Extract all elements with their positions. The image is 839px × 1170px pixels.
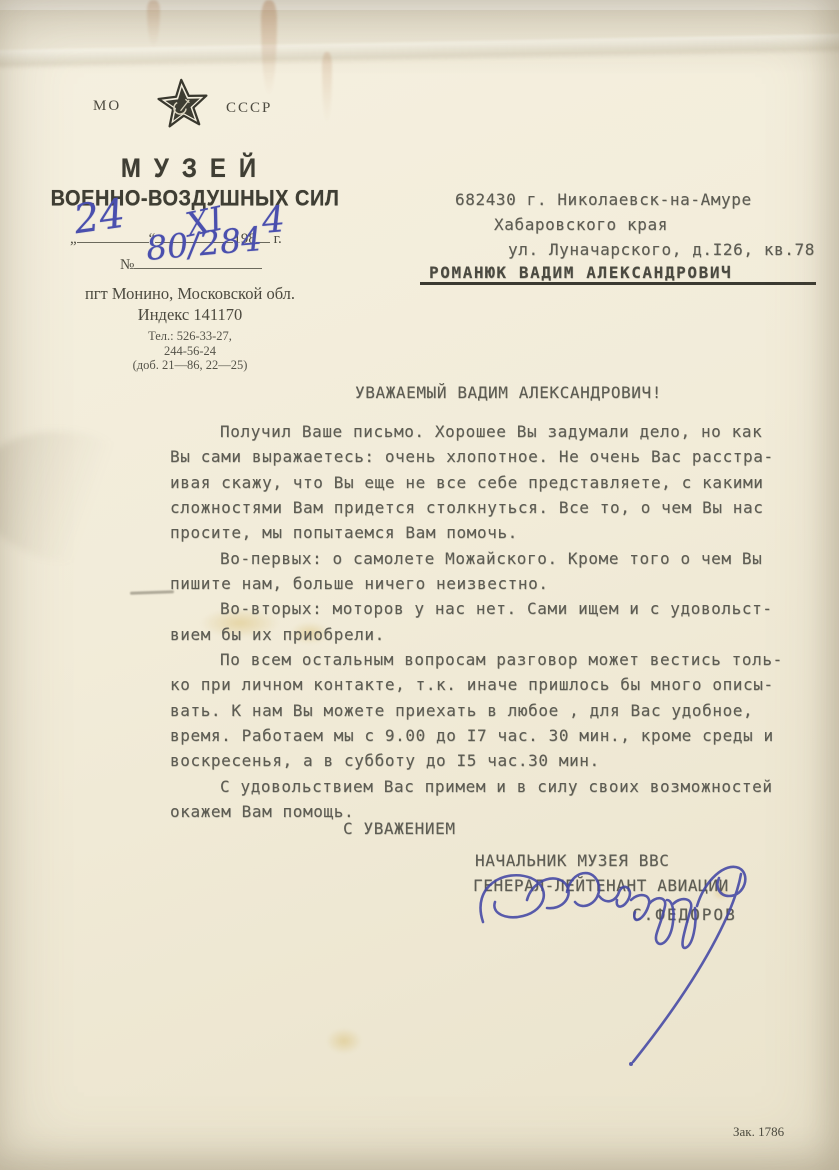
letterhead-phone-line1: Тел.: 526-33-27, (35, 329, 345, 344)
yellow-stain (326, 1028, 362, 1054)
body-line: вием бы их приобрели. (170, 622, 820, 647)
cccp-label: СССР (226, 100, 272, 117)
body-line: Получил Ваше письмо. Хорошее Вы задумали… (170, 419, 820, 444)
recipient-address-line1: 682430 г. Николаевск-на-Амуре (455, 190, 752, 209)
letterhead-phone-line3: (доб. 21—86, 22—25) (35, 358, 345, 373)
letterhead-address-line1: пгт Монино, Московской обл. (35, 284, 345, 304)
recipient-underline (420, 282, 816, 285)
handwritten-year-digit: 4 (260, 199, 286, 242)
recipient-name: РОМАНЮК ВАДИМ АЛЕКСАНДРОВИЧ (429, 263, 732, 282)
mo-label: МО (93, 98, 121, 115)
scanned-letter-page: МО СССР МУЗЕЙ ВОЕННО-ВОЗДУШНЫХ СИЛ „“198… (0, 0, 839, 1170)
body-line: По всем остальным вопросам разговор може… (170, 647, 820, 672)
handwritten-day: 24 (71, 191, 128, 244)
body-line: Вы сами выражаетесь: очень хлопотное. Не… (170, 444, 820, 469)
body-line: окажем Вам помощь. (170, 799, 820, 824)
body-line: вать. К нам Вы можете приехать в любое ,… (170, 698, 820, 723)
print-order-code: Зак. 1786 (733, 1124, 784, 1140)
closing: С УВАЖЕНИЕМ (343, 819, 456, 838)
org-name-line1: МУЗЕЙ (40, 153, 350, 184)
recipient-address-line2: Хабаровского края (494, 215, 668, 234)
letterhead-phone-line2: 244-56-24 (35, 344, 345, 359)
body-line: Во-первых: о самолете Можайского. Кроме … (170, 546, 820, 571)
star-emblem-icon (153, 74, 213, 136)
body-line: воскресенья, а в субботу до I5 час.30 ми… (170, 748, 820, 773)
body-line: ивая скажу, что Вы еще не все себе предс… (170, 470, 820, 495)
salutation: УВАЖАЕМЫЙ ВАДИМ АЛЕКСАНДРОВИЧ! (355, 383, 662, 402)
body-line: Во-вторых: моторов у нас нет. Сами ищем … (170, 596, 820, 621)
letterhead-address-line2: Индекс 141170 (35, 305, 345, 325)
crease-mark (130, 590, 174, 595)
body-line: С удовольствием Вас примем и в силу свои… (170, 774, 820, 799)
body-line: пишите нам, больше ничего неизвестно. (170, 571, 820, 596)
body-line: сложностями Вам придется столкнуться. Вс… (170, 495, 820, 520)
body-line: просите, мы попытаемся Вам помочь. (170, 520, 820, 545)
left-edge-crease (0, 418, 173, 576)
body-line: ко при личном контакте, т.к. иначе пришл… (170, 672, 820, 697)
signature-ink (435, 852, 765, 1072)
letter-body: Получил Ваше письмо. Хорошее Вы задумали… (170, 419, 820, 825)
recipient-address-line3: ул. Луначарского, д.I26, кв.78 (508, 240, 815, 259)
top-edge-highlight (0, 0, 839, 10)
number-label: № (120, 257, 134, 273)
body-line: время. Работаем мы с 9.00 до I7 час. 30 … (170, 723, 820, 748)
